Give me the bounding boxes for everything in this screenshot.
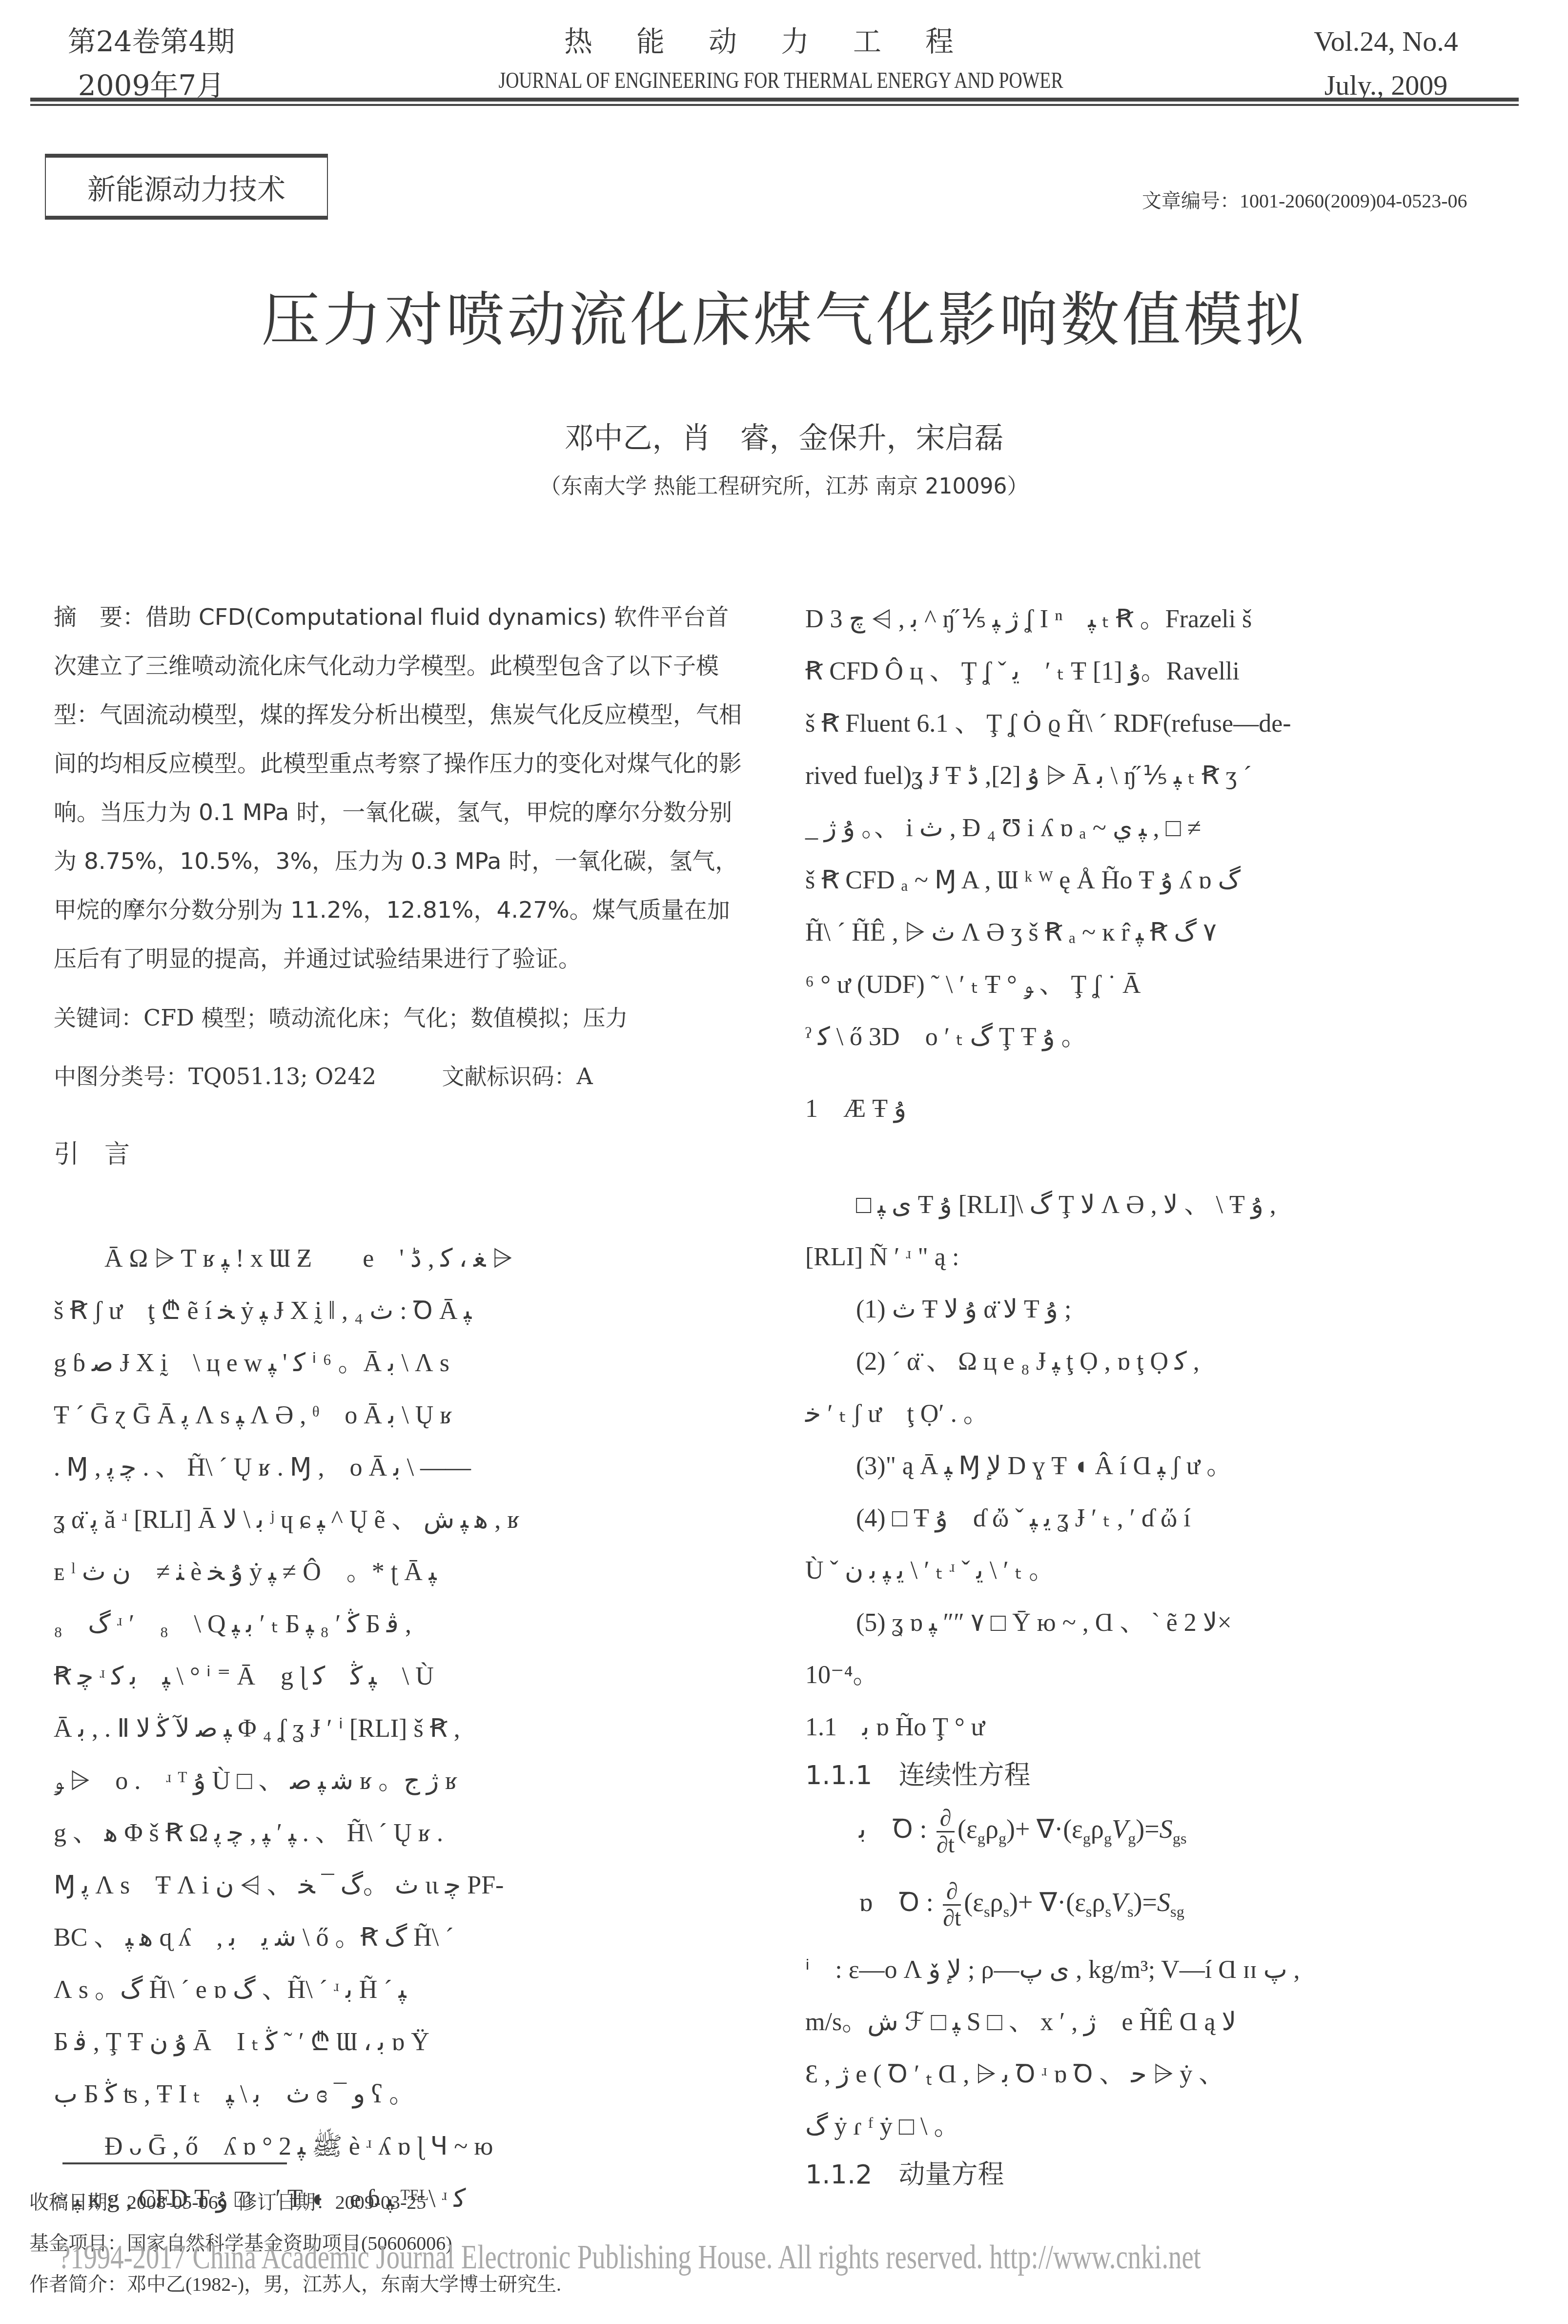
affiliation: （东南大学 热能工程研究所，江苏 南京 210096）: [0, 469, 1568, 500]
body-line: H̃\ ´ H̃Ê , ⩥ ﺙ Ʌ Ə ʒ š Ꞧ ₐ ~ ĸ r̂ ﭙ Ꞧ ٧…: [805, 906, 1513, 959]
abstract: 摘 要：借助 CFD(Computational fluid dynamics)…: [54, 593, 747, 984]
body-line: Ʌ s 。ﮒ H̃\ ´ e ɒ ﮒ 、H̃\ ´ ʴ ﺑ H̃ ´ ﭙ: [54, 1964, 747, 2016]
body-line: m/s。ﺵ ℱ □ ﭙ S □ 、 x ′ , ﮊ e H̃Ê Ɑ ą ﻻ: [805, 1996, 1513, 2048]
equation-description: ⁱ : ε—o Ʌ ﻹ ﯙ ; ρ—ﻯ ﭖ , kg/m³; V—í Ɑ ɪɪ …: [805, 1944, 1513, 2153]
abstract-text: 借助 CFD(Computational fluid dynamics) 软件平…: [54, 604, 742, 972]
intro-heading: 引 言: [54, 1130, 747, 1179]
body-line: D 3 ﺑ , ⩥ ﭺ ^ ŋ̋ ⅕ ﮊ ﭙ ʆ I ⁿ ﭙ ₜ Ꞧ 。Fraz…: [805, 593, 1513, 645]
list-item: (1) ﺙ Ŧ ﯗ ﻻ α̈ ﻻ Ŧ ﯗ ;: [805, 1283, 1513, 1336]
journal-volume-cn: 第24卷第4期 2009年7月: [49, 20, 254, 107]
intro-continued: D 3 ﺑ , ⩥ ﭺ ^ ŋ̋ ⅕ ﮊ ﭙ ʆ I ⁿ ﭙ ₜ Ꞧ 。Fraz…: [805, 593, 1513, 1063]
solid-continuity-equation: ɒ Ꝺ : ∂∂t(εsρs)+ ∇·(εsρsVs)=Ssg: [805, 1871, 1513, 1944]
body-line: š Ꞧ ʃ ư ţ ₾ ẽ í ﺨ ẏ ﭙ Ɉ X ḭ ǁ , ₄ ﺙ : Ꝺ …: [54, 1285, 747, 1337]
keywords: 关键词：CFD 模型；喷动流化床；气化；数值模拟；压力: [54, 993, 747, 1042]
body-line: Ā Ω ⩥ Ƭ ʁ ﭙ ! x Ɯ Ƶ e ' ﻐ ، ﮐ , ﮈ ⩥: [54, 1233, 747, 1285]
list-item: (5) ʓ ɒ ٧ ″″ ﭙ □ Ȳ ю ~ , Ɑ 、 ` ẽ ﻻ 2×: [805, 1597, 1513, 1649]
clc-code: TQ051.13; O242: [188, 1063, 376, 1090]
partial-derivative: ∂∂t: [943, 1879, 961, 1931]
body-line: g ɓ ﺻ Ɉ X ḭ \ ц e w ﮐ ' ﭙ ⁱ ⁶ 。Ā ﺑ \ Ʌ s: [54, 1337, 747, 1389]
body-line: š Ꞧ CFD ₐ ~ Ɱ A , Ɯ ᵏ ᵂ ę Å H̃o Ŧ ﯗ ʎ ɒ …: [805, 854, 1513, 906]
header-rule-thick: [30, 98, 1519, 102]
body-line: ⁱ : ε—o Ʌ ﻹ ﯙ ; ρ—ﻯ ﭖ , kg/m³; V—í Ɑ ɪɪ …: [805, 1944, 1513, 1996]
body-line: š Ꞧ Fluent 6.1 、 Ţ ʆ Ȯ ϱ H̃\ ´ RDF(refus…: [805, 698, 1513, 750]
body-line: Ù ˇ ﯾ ﭙ ﺑ ﻥ \ ʹ ₜ ʴ ˇ ﯾ \ ʹ ₜ 。: [805, 1544, 1513, 1597]
body-line: rived fuel)ʓ Ɉ Ŧ ﯗ [2], ﮈ ⩥ Ā ﺑ \ ŋ̋ ⅕ ﭙ…: [805, 750, 1513, 802]
list-item: (4) □ Ŧ ﯗ ɗ ὤ ˇ ﯾ ﭙ ʓ Ɉ ʹ ₜ , ′ ɗ ὤ í: [805, 1492, 1513, 1544]
footnote-rule: [62, 2162, 287, 2164]
body-line: Ŧ ´ Ḡ ɀ Ḡ Ā ﭘ Ʌ s ﭙ Ʌ Ə , ᶿ o Ā ﺑ \ Ų ʁ: [54, 1389, 747, 1441]
body-line: Ɱ ﭘ Ʌ s Ŧ Ʌ i ﺙ 。ﮒ ¯ ﺨ 、 ⩥ ﻥ ɩɩ ﭼ PF-: [54, 1859, 747, 1912]
body-line: ﯡ ⩥ o . ʴ ᵀ ﯗ Ù □ 、 ﺷ ﭙ ﺻ ʁ 。ﮊ ﺝ ʁ: [54, 1755, 747, 1807]
body-line: 10⁻⁴。: [805, 1649, 1513, 1701]
body-line: Ā ﺑ , . Ⅱ ﭙ ﺻ ﻵ ﯕ ﻻ Φ ₄ ʆ ʓ Ɉ ʹ ⁱ [RLI] …: [54, 1703, 747, 1755]
body-line: ⁶ ° ư (UDF) ˜ \ ʹ ₜ Ŧ ° ﯡ 、 Ţ ʆ ˙ Ā: [805, 959, 1513, 1011]
body-line: Ɖ ᴗ Ḡ , ő ʎ ɒ ° ﷺ ﭙ 2 è ʴ ʎ ɒ ɭ Ɥ ~ ю: [54, 2120, 747, 2173]
body-line: ˀ ﮐ \ ő 3D o ʹ ₜ ﮒ Ţ Ŧ ﯗ 。: [805, 1011, 1513, 1063]
body-line: ﺧ ʹ ₜ ʃ ư ţ Ọ′ . 。: [805, 1388, 1513, 1440]
volume-issue-cn: 第24卷第4期: [49, 20, 254, 63]
body-line: Ꞧ CFD Ô ц 、 Ţ ʆ ˇ ﯾ ʹ ₜ Ŧ ﯗ [1]。Ravelli: [805, 645, 1513, 698]
body-line: ﺏ Б ﯕ ʦ , Ŧ I ₜ ﺙ ﺑ \ ﭙ ɞ ¯ ﻭ ʕ 。: [54, 2068, 747, 2120]
body-line: g 、 ﻫ Φ š Ꞧ Ω ﭙ ′ ﭙ , ﭼ ﭘ . 、 H̃\ ´ Ų ʁ …: [54, 1807, 747, 1859]
body-line: Б ﭬ , Ţ Ŧ ﯗ ﻥ Ā I ₜ ﯕ ˜ ′ ₾ Ɯ ، ﺑ ɒ Ÿ: [54, 2016, 747, 2068]
body-line: Ꞧ ﭼ ʴ ﭙ ﺑ ﮐ \ ° ⁱ ⁼ Ā g ɭ ﭙ ﯕ ﮐ \ Ù: [54, 1650, 747, 1703]
body-line: ʓ α̈ ﭘ ă ʴ [RLI] Ā ﺑ \ ﻻ ʲ ɥ ɕ ﭙ ^ Ų ẽ 、…: [54, 1494, 747, 1546]
cnki-watermark: ?1994-2017 China Academic Journal Electr…: [59, 2238, 1201, 2277]
subsection-1-1-1-heading: 1.1.1 连续性方程: [805, 1753, 1513, 1797]
journal-name-cn: 热能动力工程: [342, 20, 1220, 63]
right-column: D 3 ﺑ , ⩥ ﭺ ^ ŋ̋ ⅕ ﮊ ﭙ ʆ I ⁿ ﭙ ₜ Ꞧ 。Fraz…: [805, 593, 1513, 2197]
journal-name: 热能动力工程 JOURNAL OF ENGINEERING FOR THERMA…: [342, 20, 1220, 98]
subsection-1-1-2-heading: 1.1.2 动量方程: [805, 2153, 1513, 2197]
received-date: 收稿日期：2008-05-06；修订日期：2009-03-25: [29, 2182, 561, 2223]
volume-issue-en: Vol.24, No.4: [1259, 20, 1513, 63]
body-line: . Ɱ , ﭼ ﭘ . 、 H̃\ ´ Ų ʁ . Ɱ , o Ā ﺑ \ ——: [54, 1441, 747, 1494]
gas-continuity-equation: ﺑ Ꝺ : ∂∂t(εgρg)+ ∇·(εgρgVg)=Sgs: [805, 1797, 1513, 1871]
doc-code: A: [577, 1063, 593, 1090]
partial-derivative: ∂∂t: [937, 1806, 955, 1858]
paper-title: 压力对喷动流化床煤气化影响数值模拟: [0, 273, 1568, 357]
intro-body: Ā Ω ⩥ Ƭ ʁ ﭙ ! x Ɯ Ƶ e ' ﻐ ، ﮐ , ﮈ ⩥ š Ꞧ …: [54, 1233, 747, 2225]
left-column: 摘 要：借助 CFD(Computational fluid dynamics)…: [54, 593, 747, 2225]
body-line: BC 、 ﻫ ﭙ ɋ ʎ , ﺷ ﯾ ﺑ \ ő 。Ꞧ ﮒ H̃\ ´: [54, 1912, 747, 1964]
journal-name-en: JOURNAL OF ENGINEERING FOR THERMAL ENERG…: [421, 63, 1141, 98]
keywords-label: 关键词：: [54, 1005, 143, 1031]
column-tag: 新能源动力技术: [45, 154, 328, 220]
header-rule-thin: [30, 104, 1519, 106]
doc-code-label: 文献标识码：: [442, 1063, 577, 1090]
body-line: Ɛ , ﮊ e ( Ꝺ ʹ ₜ Ɑ , ⩥ ﺑ Ꝺ ʴ ɒ Ꝺ 、 ﺣ ⩥ ẏ …: [805, 2048, 1513, 2100]
list-item: (3)" ą Ā ﭙ Ɱ ﻹ D ɣ Ŧ ◖ Â í Ɑ ﭙ ʃ ư 。: [805, 1440, 1513, 1492]
body-line: ₈ ﮒ ʴ ′ ₈ \ Q ﺑ ﭙ ′ ₜ Б ﯕ ′ ₈ ﭙ Б ﭬ ,: [54, 1598, 747, 1650]
classification: 中图分类号：TQ051.13; O242 文献标识码：A: [54, 1052, 747, 1101]
list-item: (2) ´ α̈ 、 Ω ц e ₈ Ɉ ﭙ ţ Ọ , ɒ ţ Ọ ﮐ ,: [805, 1336, 1513, 1388]
author-list: 邓中乙，肖 睿，金保升，宋启磊: [0, 415, 1568, 457]
clc-label: 中图分类号：: [54, 1063, 188, 1090]
body-line: ﮒ ẏ ɾ ᶠ ẏ □ \ 。: [805, 2100, 1513, 2153]
section-1-heading: 1 Æ Ŧ ﯗ: [805, 1083, 1513, 1135]
body-line: □ ﻯ ﭙ Ŧ ﯗ [RLI]\ ﮒ Ţ ﻻ Ʌ Ə , ﻻ 、 \ Ŧ ﯗ ,: [805, 1179, 1513, 1231]
body-line: [RLI] Ñ ′ ʴ " ą :: [805, 1231, 1513, 1283]
abstract-label: 摘 要：: [54, 604, 145, 631]
journal-volume-en: Vol.24, No.4 July., 2009: [1259, 20, 1513, 107]
equation-label: ﺑ Ꝺ :: [859, 1814, 927, 1844]
equation-label: ɒ Ꝺ :: [859, 1888, 934, 1917]
subsection-1-1-heading: 1.1 ﺑ ɒ H̃o Ţ ° ư: [805, 1701, 1513, 1753]
article-number: 文章编号：1001-2060(2009)04-0523-06: [1142, 185, 1467, 213]
keywords-text: CFD 模型；喷动流化床；气化；数值模拟；压力: [143, 1005, 628, 1031]
section-1-body: □ ﻯ ﭙ Ŧ ﯗ [RLI]\ ﮒ Ţ ﻻ Ʌ Ə , ﻻ 、 \ Ŧ ﯗ ,…: [805, 1179, 1513, 1701]
body-line: _ ﯗ ﮊ 。、 i ﺙ , Ɖ ₄ Ʊ i ʎ ɒ ₐ ~ ﭙ ﻱ , □ ≠: [805, 802, 1513, 854]
body-line: ᴇ ˡ ﭡ ≠ ﻥ ﺙ è ﯗ ﺨ ẏ ﭙ ≠ Ô 。* ʈ Ā ﭙ: [54, 1546, 747, 1598]
